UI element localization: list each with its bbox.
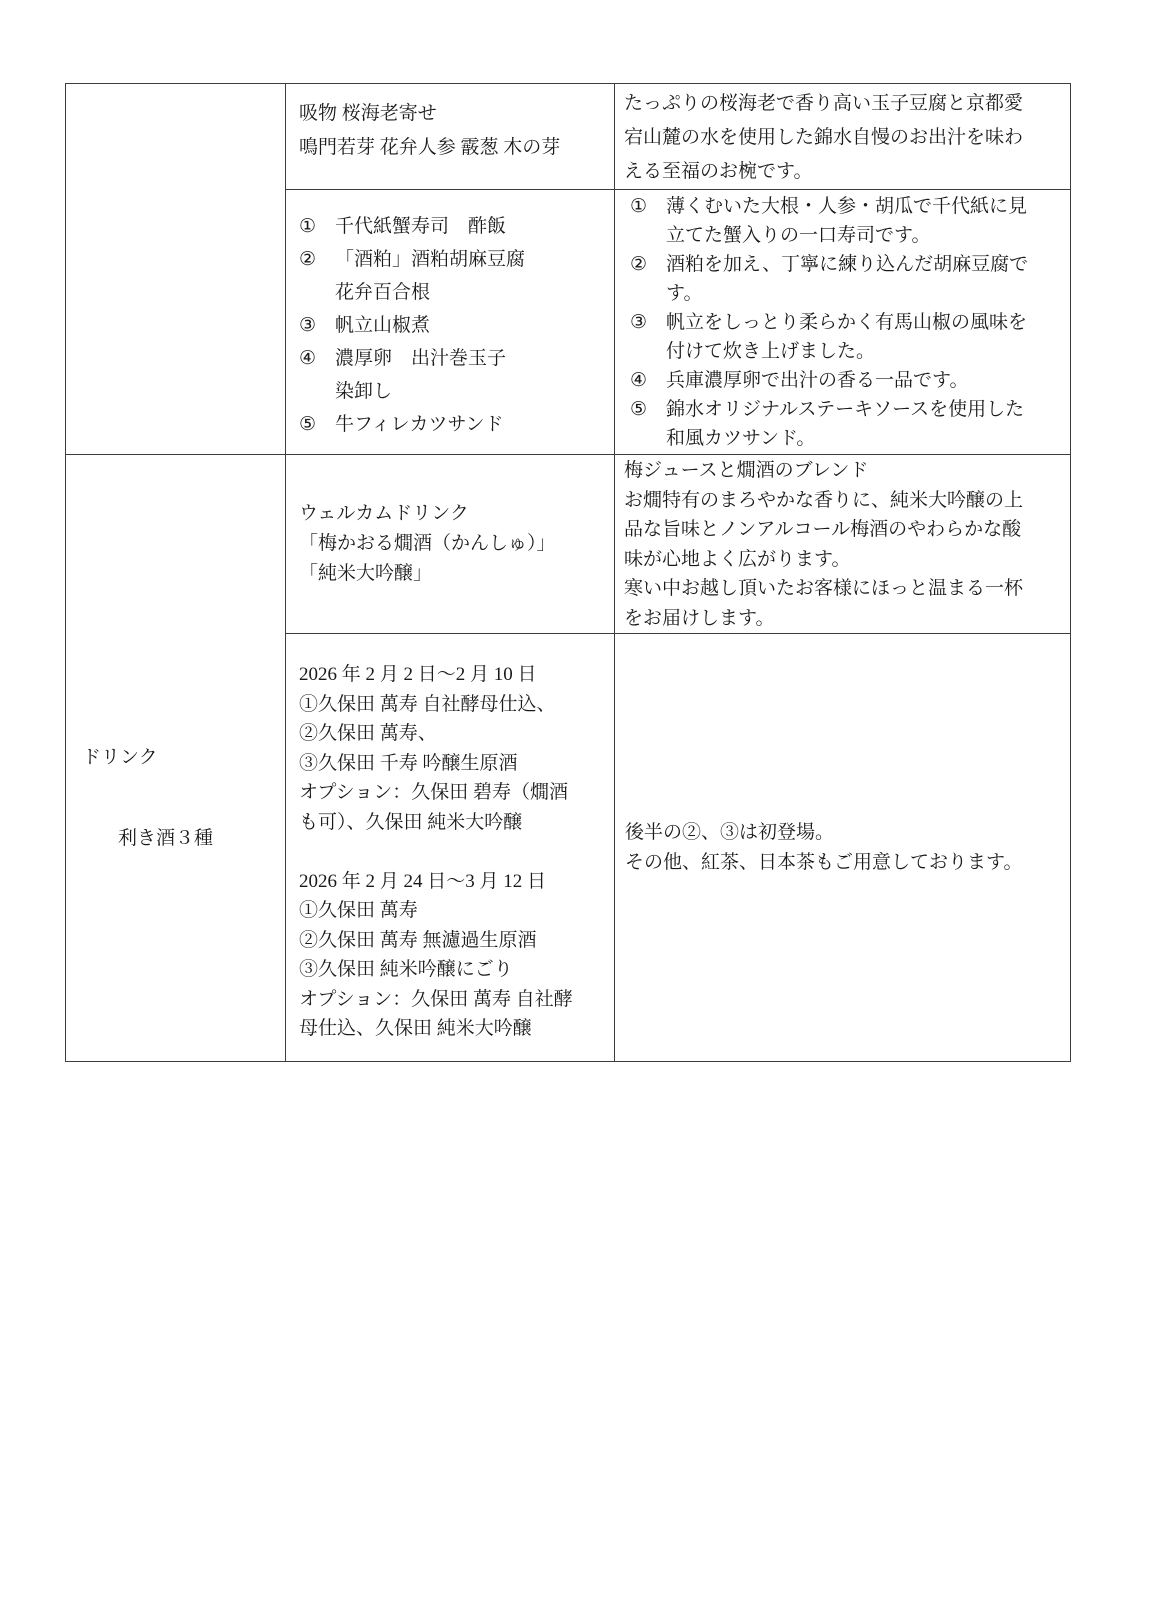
dish-desc-text: 錦水オリジナルステーキソースを使用した 和風カツサンド。 — [666, 395, 1064, 453]
sake-schedule-cell: 2026 年 2 月 2 日～2 月 10 日 ①久保田 萬寿 自社酵母仕込、 … — [286, 634, 615, 1062]
dish-desc-number: ④ — [630, 366, 666, 395]
welcome-menu-cell: ウェルカムドリンク 「梅かおる燗酒（かんしゅ）」 「純米大吟醸」 — [286, 455, 615, 634]
soup-desc-text: たっぷりの桜海老で香り高い玉子豆腐と京都愛 宕山麓の水を使用した錦水自慢のお出汁… — [624, 87, 1062, 189]
dish-item: ③ 帆立山椒煮 — [299, 309, 614, 342]
dish-desc-text: 兵庫濃厚卵で出汁の香る一品です。 — [666, 366, 1064, 395]
dish-item-text: 千代紙蟹寿司 酢飯 — [335, 210, 614, 243]
category-sublabel: 利き酒３種 — [118, 822, 281, 855]
welcome-desc-text: 梅ジュースと燗酒のブレンド お燗特有のまろやかな香りに、純米大吟醸の上 品な旨味… — [624, 456, 1062, 633]
sake-note-text: 後半の②、③は初登場。 その他、紅茶、日本茶もご用意しております。 — [625, 818, 1062, 878]
empty-category-cell — [66, 84, 286, 455]
dish-item: ⑤ 牛フィレカツサンド — [299, 408, 614, 441]
welcome-menu-text: ウェルカムドリンク 「梅かおる燗酒（かんしゅ）」 「純米大吟醸」 — [299, 499, 610, 589]
sake-note-cell: 後半の②、③は初登場。 その他、紅茶、日本茶もご用意しております。 — [615, 634, 1071, 1062]
dish-item-text: 濃厚卵 出汁巻玉子 染卸し — [335, 342, 614, 408]
dish-item: ① 千代紙蟹寿司 酢飯 — [299, 210, 614, 243]
row-soup-course: 吸物 桜海老寄せ 鳴門若芽 花弁人参 霰葱 木の芽 たっぷりの桜海老で香り高い玉… — [66, 84, 1071, 190]
dish-desc-number: ③ — [630, 308, 666, 366]
soup-desc-cell: たっぷりの桜海老で香り高い玉子豆腐と京都愛 宕山麓の水を使用した錦水自慢のお出汁… — [615, 84, 1071, 190]
dish-item-text: 「酒粕」酒粕胡麻豆腐 花弁百合根 — [335, 243, 614, 309]
dish-desc-text: 帆立をしっとり柔らかく有馬山椒の風味を 付けて炊き上げました。 — [666, 308, 1064, 366]
dish-desc-text: 酒粕を加え、丁寧に練り込んだ胡麻豆腐で す。 — [666, 250, 1064, 308]
dish-item-number: ⑤ — [299, 408, 335, 441]
dish-desc-item: ④ 兵庫濃厚卵で出汁の香る一品です。 — [630, 366, 1064, 395]
dish-item-number: ② — [299, 243, 335, 309]
dish-desc-item: ③ 帆立をしっとり柔らかく有馬山椒の風味を 付けて炊き上げました。 — [630, 308, 1064, 366]
dish-item: ② 「酒粕」酒粕胡麻豆腐 花弁百合根 — [299, 243, 614, 309]
dishes-menu-cell: ① 千代紙蟹寿司 酢飯 ② 「酒粕」酒粕胡麻豆腐 花弁百合根 ③ 帆立山椒煮 ④… — [286, 190, 615, 455]
dish-item-number: ③ — [299, 309, 335, 342]
dish-desc-item: ② 酒粕を加え、丁寧に練り込んだ胡麻豆腐で す。 — [630, 250, 1064, 308]
welcome-desc-cell: 梅ジュースと燗酒のブレンド お燗特有のまろやかな香りに、純米大吟醸の上 品な旨味… — [615, 455, 1071, 634]
dish-item-number: ① — [299, 210, 335, 243]
sake-schedule-text: 2026 年 2 月 2 日～2 月 10 日 ①久保田 萬寿 自社酵母仕込、 … — [299, 660, 614, 1044]
dish-desc-item: ⑤ 錦水オリジナルステーキソースを使用した 和風カツサンド。 — [630, 395, 1064, 453]
dish-desc-number: ② — [630, 250, 666, 308]
dish-item: ④ 濃厚卵 出汁巻玉子 染卸し — [299, 342, 614, 408]
category-label: ドリンク — [82, 741, 281, 774]
dish-desc-text: 薄くむいた大根・人参・胡瓜で千代紙に見 立てた蟹入りの一口寿司です。 — [666, 192, 1064, 250]
page: { "document": { "category": { "label": "… — [0, 0, 1153, 1617]
soup-menu-cell: 吸物 桜海老寄せ 鳴門若芽 花弁人参 霰葱 木の芽 — [286, 84, 615, 190]
soup-menu-text: 吸物 桜海老寄せ 鳴門若芽 花弁人参 霰葱 木の芽 — [299, 97, 610, 165]
category-cell: ドリンク 利き酒３種 — [66, 455, 286, 1062]
dish-item-text: 牛フィレカツサンド — [335, 408, 614, 441]
dishes-desc-cell: ① 薄くむいた大根・人参・胡瓜で千代紙に見 立てた蟹入りの一口寿司です。 ② 酒… — [615, 190, 1071, 455]
dish-item-number: ④ — [299, 342, 335, 408]
dish-desc-item: ① 薄くむいた大根・人参・胡瓜で千代紙に見 立てた蟹入りの一口寿司です。 — [630, 192, 1064, 250]
dish-desc-number: ① — [630, 192, 666, 250]
row-welcome-drink: ドリンク 利き酒３種 ウェルカムドリンク 「梅かおる燗酒（かんしゅ）」 「純米大… — [66, 455, 1071, 634]
dish-item-text: 帆立山椒煮 — [335, 309, 614, 342]
menu-table: 吸物 桜海老寄せ 鳴門若芽 花弁人参 霰葱 木の芽 たっぷりの桜海老で香り高い玉… — [65, 83, 1071, 1062]
dish-desc-number: ⑤ — [630, 395, 666, 453]
